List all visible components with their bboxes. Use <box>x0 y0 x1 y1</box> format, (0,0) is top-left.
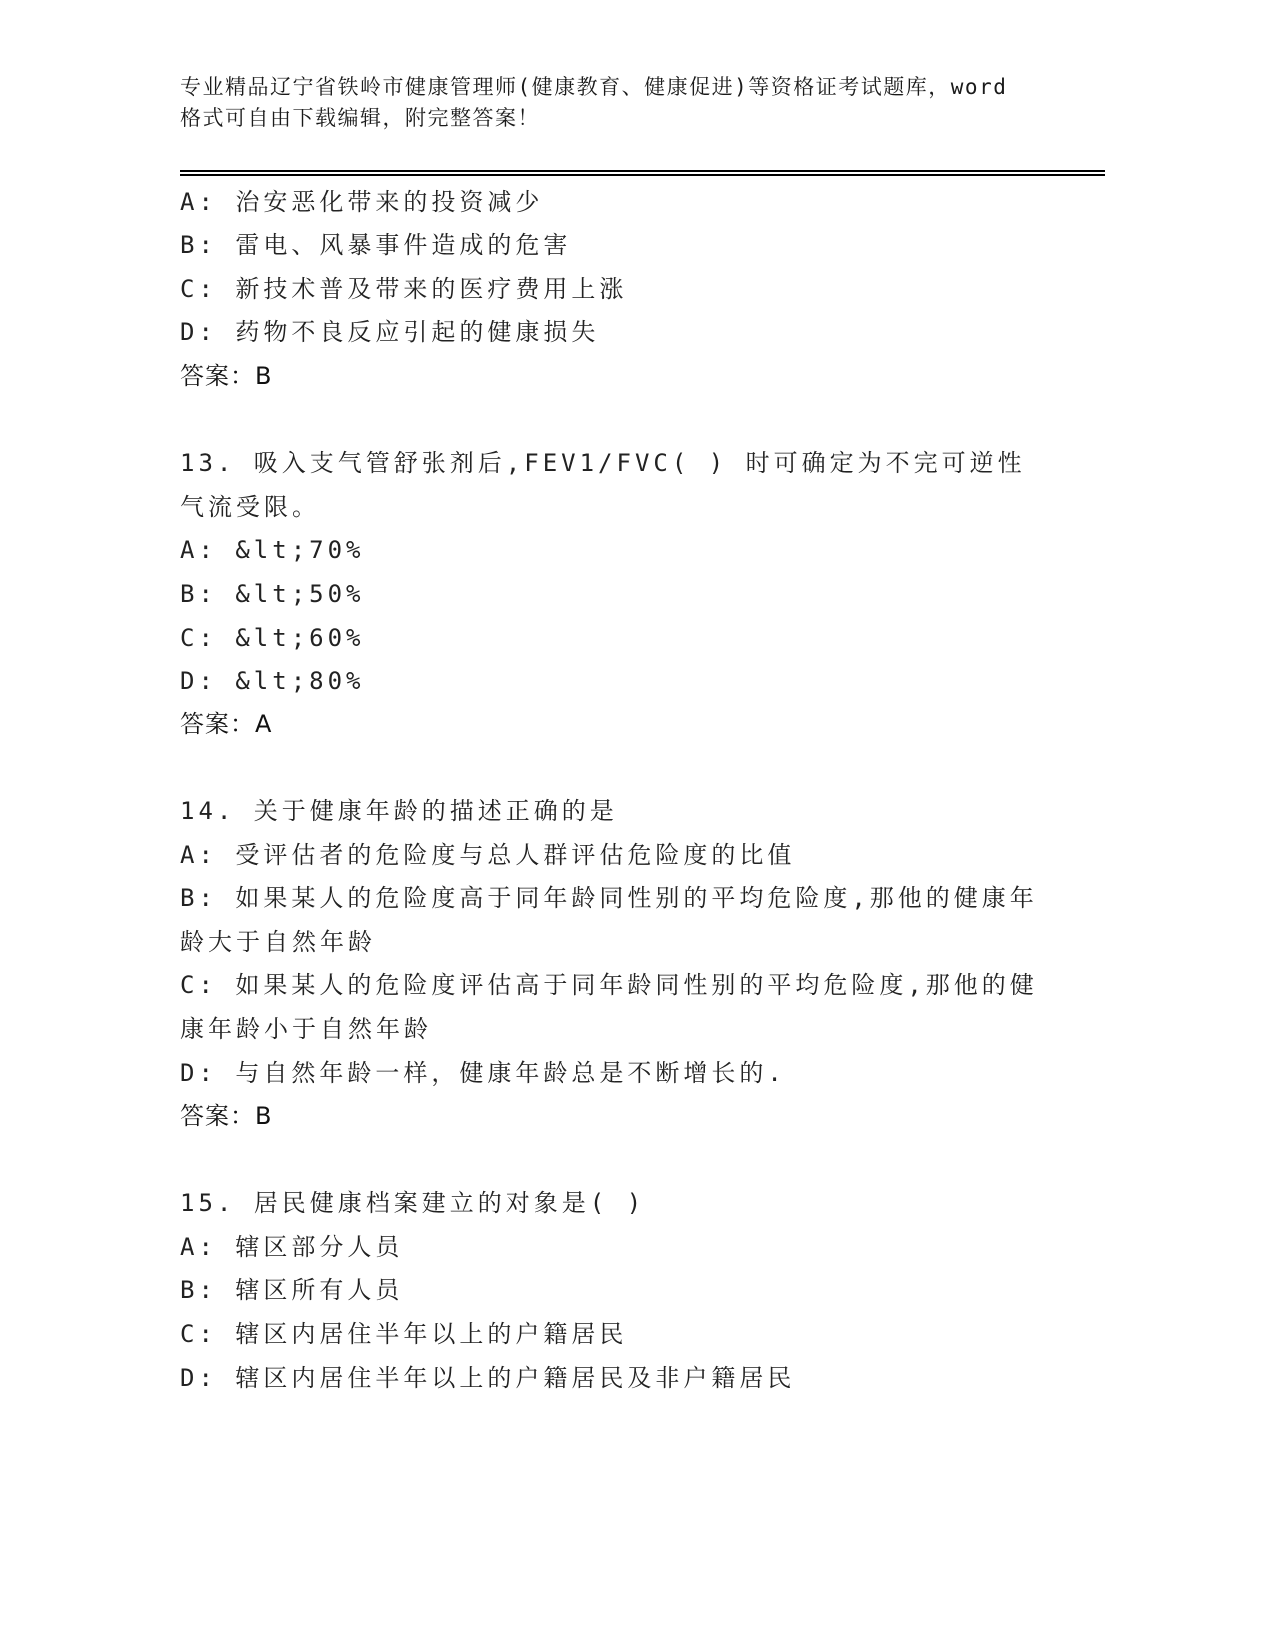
q14-answer: 答案：B <box>180 1101 272 1131</box>
q13-answer: 答案：A <box>180 709 272 739</box>
q14-option-d: D: 与自然年龄一样，健康年龄总是不断增长的. <box>180 1058 786 1088</box>
q13-stem-line-1: 13. 吸入支气管舒张剂后,FEV1/FVC( ) 时可确定为不完可逆性 <box>180 448 1026 478</box>
q12-option-c: C: 新技术普及带来的医疗费用上涨 <box>180 274 627 304</box>
q13-option-c: C: &lt;60% <box>180 623 365 653</box>
q14-option-c: C: 如果某人的危险度评估高于同年龄同性别的平均危险度,那他的健 <box>180 970 1038 1000</box>
q13-option-d: D: &lt;80% <box>180 666 365 696</box>
q12-option-b: B: 雷电、风暴事件造成的危害 <box>180 230 571 260</box>
q15-stem: 15. 居民健康档案建立的对象是( ) <box>180 1188 645 1218</box>
q15-option-d: D: 辖区内居住半年以上的户籍居民及非户籍居民 <box>180 1363 795 1393</box>
q12-answer: 答案：B <box>180 361 272 391</box>
q13-stem-line-2: 气流受限。 <box>180 492 320 522</box>
q14-stem: 14. 关于健康年龄的描述正确的是 <box>180 796 618 826</box>
document-page: 专业精品辽宁省铁岭市健康管理师(健康教育、健康促进)等资格证考试题库，word … <box>0 0 1275 1650</box>
header-line-1: 专业精品辽宁省铁岭市健康管理师(健康教育、健康促进)等资格证考试题库，word <box>180 72 1060 103</box>
document-header: 专业精品辽宁省铁岭市健康管理师(健康教育、健康促进)等资格证考试题库，word … <box>180 72 1060 134</box>
q12-option-d: D: 药物不良反应引起的健康损失 <box>180 317 599 347</box>
q14-option-a: A: 受评估者的危险度与总人群评估危险度的比值 <box>180 840 795 870</box>
q12-option-a: A: 治安恶化带来的投资减少 <box>180 187 543 217</box>
q15-option-c: C: 辖区内居住半年以上的户籍居民 <box>180 1319 627 1349</box>
q13-option-a: A: &lt;70% <box>180 535 365 565</box>
header-divider-bottom <box>180 174 1105 176</box>
q13-option-b: B: &lt;50% <box>180 579 365 609</box>
header-line-2: 格式可自由下载编辑，附完整答案！ <box>180 103 1060 134</box>
q14-option-b-cont: 龄大于自然年龄 <box>180 927 376 957</box>
q15-option-a: A: 辖区部分人员 <box>180 1232 403 1262</box>
q14-option-b: B: 如果某人的危险度高于同年龄同性别的平均危险度,那他的健康年 <box>180 883 1038 913</box>
header-divider-top <box>180 170 1105 172</box>
q14-option-c-cont: 康年龄小于自然年龄 <box>180 1014 432 1044</box>
q15-option-b: B: 辖区所有人员 <box>180 1275 403 1305</box>
